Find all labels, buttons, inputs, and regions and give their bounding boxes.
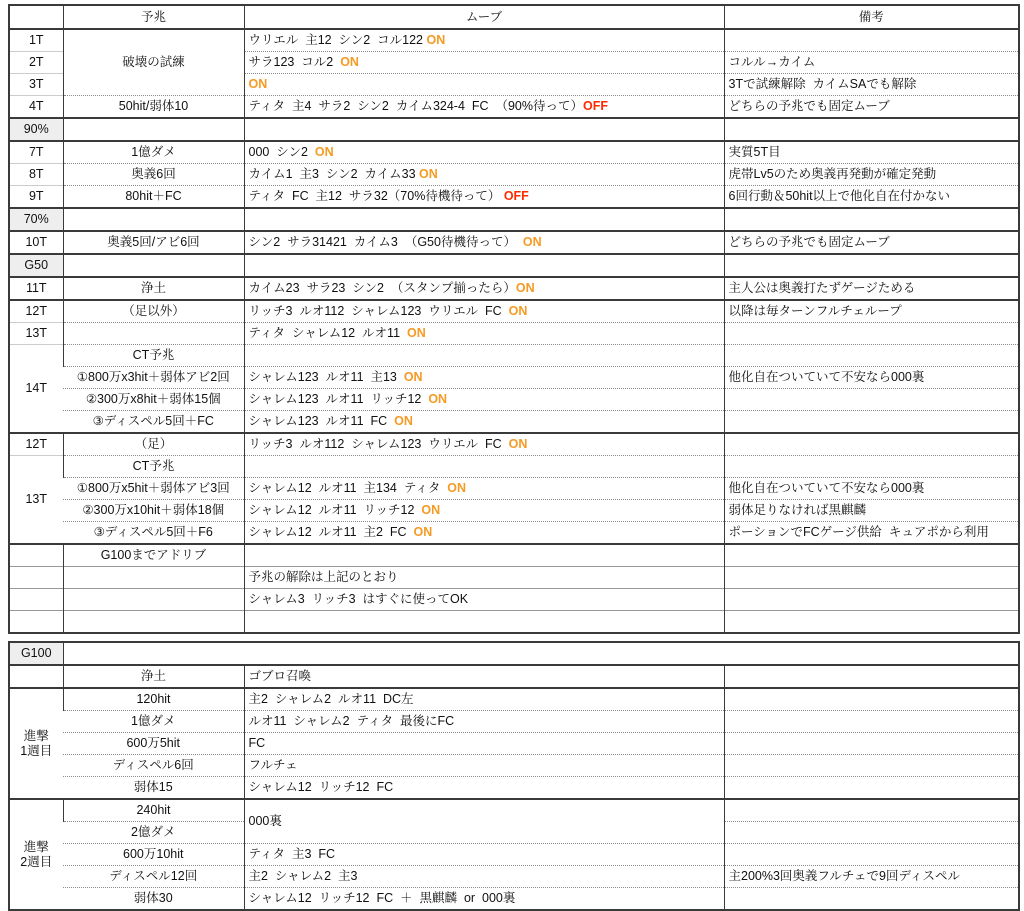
on-flag: ON [394, 414, 413, 428]
text-segment: フルチェ [249, 758, 298, 772]
header-move: ムーブ [244, 5, 724, 29]
text-segment: ティタ シャレム12 ルオ11 [249, 326, 407, 340]
move-cell: ティタ FC 主12 サラ32（70%待機待って） OFF [244, 186, 724, 209]
text-segment: 主2 シャレム2 ルオ11 DC左 [249, 692, 414, 706]
text-segment: 14T [25, 381, 47, 395]
omen-cell: （足以外） [63, 300, 244, 323]
omen-cell: 弱体30 [63, 888, 244, 911]
turn-cell: 12T [9, 433, 63, 456]
text-segment: 1T [29, 33, 44, 47]
move-cell: ウリエル 主12 シン2 コル122 ON [244, 29, 724, 52]
text-segment: 120hit [136, 692, 170, 706]
cell-text: 予兆 [68, 10, 240, 24]
text-segment: 000裏 [249, 814, 282, 828]
move-cell: ルオ11 シャレム2 ティタ 最後にFC [244, 711, 724, 733]
raid-move-table-main: 予兆ムーブ備考1T破壊の試練ウリエル 主12 シン2 コル122 ON2Tサラ1… [8, 4, 1020, 634]
cell-text: 備考 [729, 10, 1015, 24]
text-segment: FC [249, 736, 266, 750]
omen-cell: 破壊の試練 [63, 29, 244, 96]
cell-text: 浄土 [68, 281, 240, 295]
cell-text: コルル→カイム [729, 55, 1015, 69]
text-segment: どちらの予兆でも固定ムーブ [729, 99, 890, 113]
text-segment: （足） [135, 437, 173, 451]
note-cell [724, 688, 1019, 711]
cell-text: 進撃 1週目 [14, 729, 59, 758]
text-segment: （足以外） [122, 304, 185, 318]
on-flag: ON [516, 281, 535, 295]
cell-text: ティタ シャレム12 ルオ11 ON [249, 326, 720, 340]
cell-text: 2億ダメ [67, 825, 240, 839]
cell-text: 実質5T目 [729, 145, 1015, 159]
cell-text: 弱体30 [67, 891, 240, 905]
note-cell [724, 733, 1019, 755]
cell-text: 120hit [68, 692, 240, 706]
move-cell: ON [244, 74, 724, 96]
text-segment: 12T [25, 304, 47, 318]
cell-text: 主人公は奥義打たずゲージためる [729, 281, 1015, 295]
section-g100-label: G100 [9, 642, 63, 665]
cell-text: シャレム12 ルオ11 リッチ12 ON [249, 503, 720, 517]
text-segment: どちらの予兆でも固定ムーブ [729, 235, 890, 249]
text-segment: 7T [29, 145, 44, 159]
on-flag: ON [509, 437, 528, 451]
move-cell: 主2 シャレム2 主3 [244, 866, 724, 888]
move-cell [244, 208, 724, 231]
omen-cell: 600万10hit [63, 844, 244, 866]
cell-text: リッチ3 ルオ112 シャレム123 ウリエル FC ON [249, 304, 720, 318]
cell-text: 240hit [68, 803, 240, 817]
text-segment: G100までアドリブ [101, 548, 207, 562]
text-segment: ③ディスペル5回＋F6 [94, 525, 213, 539]
text-segment: CT予兆 [133, 459, 175, 473]
omen-cell: ③ディスペル5回＋FC [63, 411, 244, 434]
cell-text: 以降は毎ターンフルチェループ [729, 304, 1015, 318]
cell-text: 1T [14, 33, 59, 47]
omen-cell: 600万5hit [63, 733, 244, 755]
turn-cell: 2T [9, 52, 63, 74]
text-segment: 他化自在ついていて不安なら000裏 [729, 481, 925, 495]
cell-text: ①800万x3hit＋弱体アビ2回 [67, 370, 240, 384]
cell-text: 奥義5回/アビ6回 [68, 235, 240, 249]
note-cell: ポーションでFCゲージ供給 キュアポから利用 [724, 522, 1019, 545]
cell-text: どちらの予兆でも固定ムーブ [729, 99, 1015, 113]
text-segment: カイム1 主3 シン2 カイム33 [249, 167, 420, 181]
move-cell [244, 118, 724, 141]
text-segment: 浄土 [141, 669, 166, 683]
cell-text: FC [249, 736, 720, 750]
omen-cell: 奥義6回 [63, 164, 244, 186]
cell-text: カイム1 主3 シン2 カイム33 ON [249, 167, 720, 181]
text-segment: ゴブロ召喚 [249, 669, 312, 683]
text-segment: シン2 サラ31421 カイム3 （G50待機待って） [249, 235, 523, 249]
cell-text: 主2 シャレム2 ルオ11 DC左 [249, 692, 720, 706]
cell-text: 8T [14, 167, 59, 181]
text-segment: 12T [25, 437, 47, 451]
text-segment: ポーションでFCゲージ供給 キュアポから利用 [729, 525, 989, 539]
turn-cell: 3T [9, 74, 63, 96]
cell-text: （足以外） [68, 304, 240, 318]
text-segment: 奥義6回 [131, 167, 175, 181]
text-segment: 80hit＋FC [125, 189, 181, 203]
cell-text: リッチ3 ルオ112 シャレム123 ウリエル FC ON [249, 437, 720, 451]
note-cell [724, 456, 1019, 478]
move-cell: リッチ3 ルオ112 シャレム123 ウリエル FC ON [244, 300, 724, 323]
text-segment: ティタ 主4 サラ2 シン2 カイム324-4 FC （90%待って） [249, 99, 584, 113]
cell-text: G50 [14, 258, 59, 272]
omen-cell: 240hit [63, 799, 244, 822]
cell-text: ディスペル6回 [67, 758, 240, 772]
text-segment: ③ディスペル5回＋FC [93, 414, 214, 428]
move-cell: 主2 シャレム2 ルオ11 DC左 [244, 688, 724, 711]
cell-text: ゴブロ召喚 [249, 669, 720, 683]
on-flag: ON [447, 481, 466, 495]
text-segment: 主2 シャレム2 主3 [249, 869, 358, 883]
text-segment: ティタ FC 主12 サラ32（70%待機待って） [249, 189, 504, 203]
on-flag: ON [523, 235, 542, 249]
omen-cell [63, 567, 244, 589]
text-segment: 600万10hit [123, 847, 183, 861]
on-flag: ON [428, 392, 447, 406]
move-cell: ティタ 主4 サラ2 シン2 カイム324-4 FC （90%待って）OFF [244, 96, 724, 119]
text-segment: 他化自在ついていて不安なら000裏 [729, 370, 925, 384]
text-segment: 予兆 [141, 10, 166, 24]
turn-cell: 14T [9, 345, 63, 434]
cell-text: 70% [14, 212, 59, 226]
note-cell [724, 29, 1019, 52]
omen-cell [63, 611, 244, 634]
text-segment: 破壊の試練 [122, 55, 185, 69]
group-week2-label: 進撃 2週目 [9, 799, 63, 910]
note-cell: 実質5T目 [724, 141, 1019, 164]
cell-text: シャレム123 ルオ11 リッチ12 ON [249, 392, 720, 406]
cell-text: シャレム123 ルオ11 主13 ON [249, 370, 720, 384]
text-segment: シャレム12 ルオ11 主2 FC [249, 525, 414, 539]
move-cell: シャレム12 ルオ11 主134 ティタ ON [244, 478, 724, 500]
text-segment: 進撃 2週目 [20, 840, 52, 868]
move-cell: シン2 サラ31421 カイム3 （G50待機待って） ON [244, 231, 724, 254]
text-segment: シャレム123 ルオ11 リッチ12 [249, 392, 429, 406]
omen-cell: ①800万x3hit＋弱体アビ2回 [63, 367, 244, 389]
note-cell [724, 755, 1019, 777]
text-segment: 70% [24, 212, 49, 226]
turn-cell [9, 567, 63, 589]
cell-text: 浄土 [68, 669, 240, 683]
section-70-label: 70% [9, 208, 63, 231]
off-flag: OFF [583, 99, 608, 113]
move-cell: シャレム3 リッチ3 はすぐに使ってOK [244, 589, 724, 611]
cell-text: 12T [14, 437, 59, 451]
text-segment: 主200%3回奥義フルチェで9回ディスペル [729, 869, 961, 883]
cell-text: フルチェ [249, 758, 720, 772]
omen-cell: 120hit [63, 688, 244, 711]
cell-text: ①800万x5hit＋弱体アビ3回 [67, 481, 240, 495]
text-segment: G50 [24, 258, 48, 272]
cell-text: どちらの予兆でも固定ムーブ [729, 235, 1015, 249]
cell-text: 破壊の試練 [68, 55, 240, 69]
text-segment: ディスペル6回 [113, 758, 194, 772]
on-flag: ON [249, 77, 268, 91]
turn-cell: 7T [9, 141, 63, 164]
note-cell [724, 254, 1019, 277]
text-segment: 10T [25, 235, 47, 249]
text-segment: 弱体15 [134, 780, 173, 794]
cell-text: 7T [14, 145, 59, 159]
text-segment: ウリエル 主12 シン2 コル122 [249, 33, 427, 47]
omen-cell: ③ディスペル5回＋F6 [63, 522, 244, 545]
text-segment: 13T [25, 326, 47, 340]
text-segment: ②300万x8hit＋弱体15個 [86, 392, 221, 406]
text-segment: 実質5T目 [729, 145, 781, 159]
cell-text: 000 シン2 ON [249, 145, 720, 159]
text-segment: 浄土 [141, 281, 166, 295]
cell-text: 3Tで試練解除 カイムSAでも解除 [729, 77, 1015, 91]
text-segment: シャレム12 ルオ11 主134 ティタ [249, 481, 448, 495]
text-segment: 2億ダメ [131, 825, 175, 839]
note-cell [724, 844, 1019, 866]
cell-text: ティタ FC 主12 サラ32（70%待機待って） OFF [249, 189, 720, 203]
text-segment: 11T [26, 281, 47, 295]
move-cell [244, 456, 724, 478]
turn-cell: 9T [9, 186, 63, 209]
cell-text: 4T [14, 99, 59, 113]
cell-text: 14T [14, 381, 59, 395]
cell-text: 9T [14, 189, 59, 203]
on-flag: ON [315, 145, 334, 159]
text-segment: シャレム123 ルオ11 主13 [249, 370, 404, 384]
move-cell: ティタ シャレム12 ルオ11 ON [244, 323, 724, 345]
note-cell [724, 711, 1019, 733]
note-cell [724, 799, 1019, 822]
omen-cell: 50hit/弱体10 [63, 96, 244, 119]
cell-text: サラ123 コル2 ON [249, 55, 720, 69]
turn-cell [9, 589, 63, 611]
note-cell: 弱体足りなければ黒麒麟 [724, 500, 1019, 522]
omen-cell: CT予兆 [63, 345, 244, 367]
turn-cell [9, 611, 63, 634]
cell-text: ②300万x10hit＋弱体18個 [67, 503, 240, 517]
note-cell: どちらの予兆でも固定ムーブ [724, 231, 1019, 254]
cell-text: 他化自在ついていて不安なら000裏 [729, 370, 1015, 384]
raid-move-table-g100: G100浄土ゴブロ召喚進撃 1週目120hit主2 シャレム2 ルオ11 DC左… [8, 641, 1020, 911]
text-segment: ①800万x5hit＋弱体アビ3回 [77, 481, 230, 495]
cell-text: 600万10hit [67, 847, 240, 861]
text-segment: 以降は毎ターンフルチェループ [729, 304, 902, 318]
cell-text: シン2 サラ31421 カイム3 （G50待機待って） ON [249, 235, 720, 249]
cell-text: 主2 シャレム2 主3 [249, 869, 720, 883]
move-cell: リッチ3 ルオ112 シャレム123 ウリエル FC ON [244, 433, 724, 456]
cell-text: 000裏 [249, 814, 720, 828]
cell-text: シャレム12 ルオ11 主2 FC ON [249, 525, 720, 539]
text-segment: リッチ3 ルオ112 シャレム123 ウリエル FC [249, 437, 509, 451]
cell-text: 奥義6回 [68, 167, 240, 181]
omen-cell: 弱体15 [63, 777, 244, 800]
turn-cell: 11T [9, 277, 63, 300]
omen-cell [63, 589, 244, 611]
header-omen: 予兆 [63, 5, 244, 29]
omen-cell: CT予兆 [63, 456, 244, 478]
cell-text: G100までアドリブ [68, 548, 240, 562]
text-segment: カイム23 サラ23 シン2 （スタンプ揃ったら） [249, 281, 516, 295]
move-cell: 000裏 [244, 799, 724, 844]
note-cell: 6回行動＆50hit以上で他化自在付かない [724, 186, 1019, 209]
text-segment: 進撃 1週目 [20, 729, 52, 757]
move-cell: 000 シン2 ON [244, 141, 724, 164]
on-flag: ON [421, 503, 440, 517]
omen-cell: 浄土 [63, 665, 244, 688]
note-cell: 3Tで試練解除 カイムSAでも解除 [724, 74, 1019, 96]
text-segment: 奥義5回/アビ6回 [107, 235, 199, 249]
text-segment: 弱体足りなければ黒麒麟 [729, 503, 867, 517]
section-90-label: 90% [9, 118, 63, 141]
text-segment: 90% [24, 122, 49, 136]
note-cell [724, 888, 1019, 911]
section-g50-label: G50 [9, 254, 63, 277]
text-segment: 弱体30 [134, 891, 173, 905]
text-segment: ティタ 主3 FC [249, 847, 336, 861]
text-segment: ディスペル12回 [109, 869, 197, 883]
text-segment: 13T [25, 492, 47, 506]
cell-text: シャレム3 リッチ3 はすぐに使ってOK [249, 592, 720, 606]
note-cell [724, 433, 1019, 456]
on-flag: ON [407, 326, 426, 340]
header-corner-cell [9, 5, 63, 29]
text-segment: 備考 [859, 10, 884, 24]
text-segment: ①800万x3hit＋弱体アビ2回 [77, 370, 230, 384]
cell-text: ③ディスペル5回＋FC [67, 414, 240, 428]
text-segment: ルオ11 シャレム2 ティタ 最後にFC [249, 714, 455, 728]
text-segment: 主人公は奥義打たずゲージためる [729, 281, 916, 295]
omen-cell [63, 118, 244, 141]
omen-cell: ②300万x10hit＋弱体18個 [63, 500, 244, 522]
move-cell: シャレム12 リッチ12 FC ＋ 黒麒麟 or 000裏 [244, 888, 724, 911]
cell-text: 13T [14, 326, 59, 340]
cell-text: 他化自在ついていて不安なら000裏 [729, 481, 1015, 495]
note-cell [724, 411, 1019, 434]
omen-cell: 2億ダメ [63, 822, 244, 844]
on-flag: ON [404, 370, 423, 384]
turn-cell: 13T [9, 323, 63, 345]
omen-cell: ディスペル6回 [63, 755, 244, 777]
text-segment: リッチ3 ルオ112 シャレム123 ウリエル FC [249, 304, 509, 318]
note-cell: 虎帯Lv5のため奥義再発動が確定発動 [724, 164, 1019, 186]
omen-cell: 奥義5回/アビ6回 [63, 231, 244, 254]
text-segment: 3T [29, 77, 44, 91]
cell-text: 6回行動＆50hit以上で他化自在付かない [729, 189, 1015, 203]
cell-text: 13T [14, 492, 59, 506]
note-cell [724, 822, 1019, 844]
cell-text: シャレム12 リッチ12 FC [249, 780, 720, 794]
cell-text: ②300万x8hit＋弱体15個 [67, 392, 240, 406]
omen-cell: 80hit＋FC [63, 186, 244, 209]
text-segment: 600万5hit [126, 736, 180, 750]
cell-text: CT予兆 [68, 348, 240, 362]
cell-text: 進撃 2週目 [14, 840, 59, 869]
move-cell [244, 345, 724, 367]
note-cell [724, 208, 1019, 231]
text-segment: 1億ダメ [131, 714, 175, 728]
text-segment: 240hit [136, 803, 170, 817]
note-cell [724, 389, 1019, 411]
cell-text: ディスペル12回 [67, 869, 240, 883]
omen-cell: （足） [63, 433, 244, 456]
note-cell [724, 323, 1019, 345]
cell-text: ティタ 主3 FC [249, 847, 720, 861]
turn-cell: 1T [9, 29, 63, 52]
move-cell [244, 611, 724, 634]
note-cell: どちらの予兆でも固定ムーブ [724, 96, 1019, 119]
cell-text: ウリエル 主12 シン2 コル122 ON [249, 33, 720, 47]
text-segment: 6回行動＆50hit以上で他化自在付かない [729, 189, 951, 203]
text-segment: シャレム12 リッチ12 FC [249, 780, 394, 794]
note-cell [724, 544, 1019, 567]
text-segment: コルル→カイム [729, 55, 816, 69]
move-cell: FC [244, 733, 724, 755]
move-cell: シャレム12 リッチ12 FC [244, 777, 724, 800]
cell-text: カイム23 サラ23 シン2 （スタンプ揃ったら）ON [249, 281, 720, 295]
move-cell: フルチェ [244, 755, 724, 777]
move-cell: カイム1 主3 シン2 カイム33 ON [244, 164, 724, 186]
cell-text: 3T [14, 77, 59, 91]
text-segment: シャレム12 リッチ12 FC ＋ 黒麒麟 or 000裏 [249, 891, 516, 905]
cell-text: シャレム123 ルオ11 FC ON [249, 414, 720, 428]
move-cell [244, 254, 724, 277]
text-segment: CT予兆 [133, 348, 175, 362]
move-cell: サラ123 コル2 ON [244, 52, 724, 74]
on-flag: ON [414, 525, 433, 539]
cell-text: 虎帯Lv5のため奥義再発動が確定発動 [729, 167, 1015, 181]
cell-text: ルオ11 シャレム2 ティタ 最後にFC [249, 714, 720, 728]
text-segment: 9T [29, 189, 44, 203]
turn-cell: 13T [9, 456, 63, 545]
cell-text: ポーションでFCゲージ供給 キュアポから利用 [729, 525, 1015, 539]
move-cell: シャレム123 ルオ11 リッチ12 ON [244, 389, 724, 411]
note-cell: 主200%3回奥義フルチェで9回ディスペル [724, 866, 1019, 888]
text-segment: 8T [29, 167, 44, 181]
omen-cell: 1億ダメ [63, 711, 244, 733]
note-cell: 以降は毎ターンフルチェループ [724, 300, 1019, 323]
text-segment: 000 シン2 [249, 145, 315, 159]
move-cell [244, 544, 724, 567]
omen-cell: 1億ダメ [63, 141, 244, 164]
note-cell: コルル→カイム [724, 52, 1019, 74]
note-cell: 主人公は奥義打たずゲージためる [724, 277, 1019, 300]
cell-text: ティタ 主4 サラ2 シン2 カイム324-4 FC （90%待って）OFF [249, 99, 720, 113]
text-segment: シャレム123 ルオ11 FC [249, 414, 395, 428]
group-week1-label: 進撃 1週目 [9, 688, 63, 799]
cell-text: 1億ダメ [67, 714, 240, 728]
cell-text: 600万5hit [67, 736, 240, 750]
note-cell: 他化自在ついていて不安なら000裏 [724, 367, 1019, 389]
omen-cell [63, 323, 244, 345]
cell-text: 11T [14, 281, 59, 295]
note-cell: 他化自在ついていて不安なら000裏 [724, 478, 1019, 500]
text-segment: ムーブ [466, 10, 502, 24]
turn-cell: 4T [9, 96, 63, 119]
cell-text: 50hit/弱体10 [68, 99, 240, 113]
cell-text: 予兆の解除は上記のとおり [249, 570, 720, 584]
cell-text: 12T [14, 304, 59, 318]
move-cell: カイム23 サラ23 シン2 （スタンプ揃ったら）ON [244, 277, 724, 300]
text-segment: 2T [29, 55, 44, 69]
omen-cell [63, 642, 1019, 665]
on-flag: ON [509, 304, 528, 318]
text-segment: 3Tで試練解除 カイムSAでも解除 [729, 77, 917, 91]
omen-cell: G100までアドリブ [63, 544, 244, 567]
move-cell: シャレム12 ルオ11 リッチ12 ON [244, 500, 724, 522]
cell-text: 1億ダメ [68, 145, 240, 159]
turn-cell: 10T [9, 231, 63, 254]
cell-text: 10T [14, 235, 59, 249]
